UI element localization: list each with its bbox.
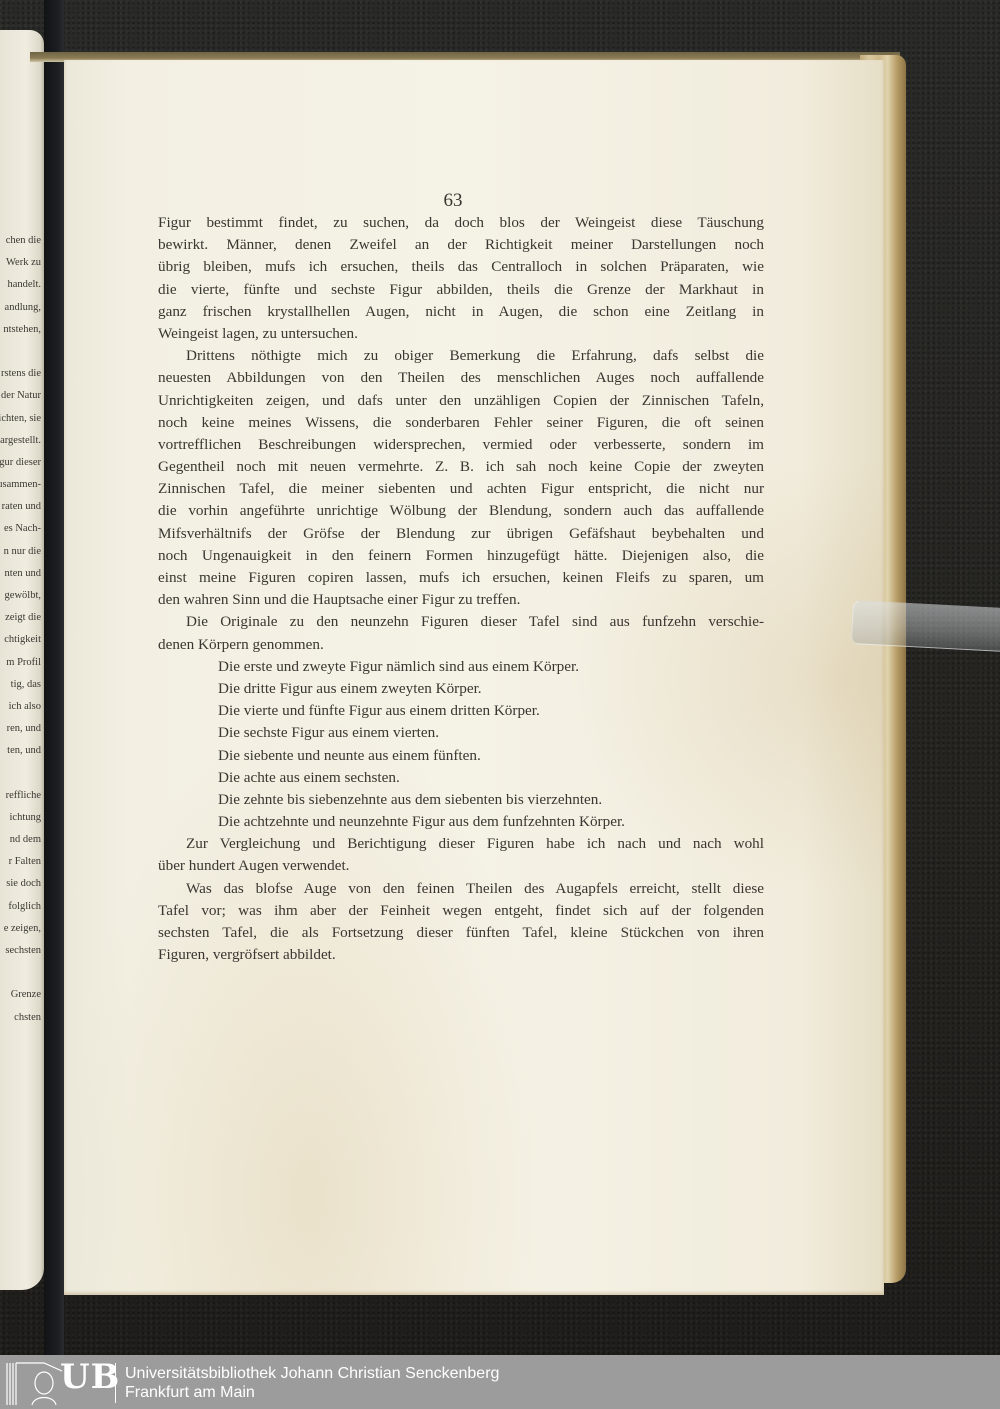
left-page-line: ren, und <box>0 718 41 740</box>
text-line: Figur bestimmt findet, zu suchen, da doc… <box>158 212 764 234</box>
left-page-line: zeigt die <box>0 607 41 629</box>
left-page-line: dargestellt. <box>0 430 41 452</box>
left-page-line: tig, das <box>0 674 41 696</box>
left-page-line: e zeigen, <box>0 918 41 940</box>
text-line: sechsten Tafel, die als Fortsetzung dies… <box>158 922 764 944</box>
text-line: Figuren, vergröfsert abbildet. <box>158 944 764 966</box>
text-line: Zur Vergleichung und Berichtigung dieser… <box>158 833 764 855</box>
logo-ub-text: UB <box>60 1357 120 1397</box>
text-line: noch Ungenauigkeit in den feinern Formen… <box>158 545 764 567</box>
text-line: neuesten Abbildungen von den Theilen des… <box>158 367 764 389</box>
left-page-line: raten und <box>0 496 41 518</box>
left-page-line: ten, und <box>0 740 41 762</box>
text-line: einst meine Figuren copiren lassen, mufs… <box>158 567 764 589</box>
list-item: Die sechste Figur aus einem vierten. <box>158 722 764 744</box>
left-page-text-fragments: chen dieWerk zuhandelt.andlung,ntstehen,… <box>0 230 41 1029</box>
left-page: chen dieWerk zuhandelt.andlung,ntstehen,… <box>0 30 44 1290</box>
left-page-line: nd dem <box>0 829 41 851</box>
left-page-line: folglich <box>0 896 41 918</box>
list-item: Die achtzehnte und neunzehnte Figur aus … <box>158 811 764 833</box>
list-item: Die zehnte bis siebenzehnte aus dem sieb… <box>158 789 764 811</box>
text-line: Tafel vor; was ihm aber der Feinheit weg… <box>158 900 764 922</box>
left-page-line: ichten, sie <box>0 408 41 430</box>
paragraph: Die Originale zu den neunzehn Figuren di… <box>158 611 764 655</box>
left-page-line: igur dieser <box>0 452 41 474</box>
left-page-line: n nur die <box>0 541 41 563</box>
paragraph: Was das blofse Auge von den feinen Theil… <box>158 878 764 967</box>
paragraph: Zur Vergleichung und Berichtigung dieser… <box>158 833 764 877</box>
text-line: den wahren Sinn und die Hauptsache einer… <box>158 589 764 611</box>
left-page-line: ich also <box>0 696 41 718</box>
list-item: Die vierte und fünfte Figur aus einem dr… <box>158 700 764 722</box>
left-page-line: m Profil <box>0 652 41 674</box>
list-item: Die siebente und neunte aus einem fünfte… <box>158 745 764 767</box>
left-page-line: chtigkeit <box>0 629 41 651</box>
left-page-line: chsten <box>0 1007 41 1029</box>
left-page-line: reffliche <box>0 785 41 807</box>
left-page-line <box>0 341 41 363</box>
left-page-line: andlung, <box>0 297 41 319</box>
text-line: Die Originale zu den neunzehn Figuren di… <box>158 611 764 633</box>
text-line: Drittens nöthigte mich zu obiger Bemerku… <box>158 345 764 367</box>
left-page-line: sechsten <box>0 940 41 962</box>
left-page-line: chen die <box>0 230 41 252</box>
text-line: die vorhin angeführte unrichtige Wölbung… <box>158 500 764 522</box>
text-line: vortrefflichen Beschreibungen widersprec… <box>158 434 764 456</box>
text-line: denen Körpern genommen. <box>158 634 764 656</box>
left-page-line <box>0 763 41 785</box>
left-page-line: r Falten <box>0 851 41 873</box>
text-line: noch keine meines Wissens, die sonderbar… <box>158 412 764 434</box>
list-item: Die dritte Figur aus einem zweyten Körpe… <box>158 678 764 700</box>
left-page-line: sie doch <box>0 873 41 895</box>
page-text: Figur bestimmt findet, zu suchen, da doc… <box>158 190 764 966</box>
text-line: über hundert Augen verwendet. <box>158 855 764 877</box>
body-paragraphs: Figur bestimmt findet, zu suchen, da doc… <box>158 212 764 656</box>
closing-paragraphs: Zur Vergleichung und Berichtigung dieser… <box>158 833 764 966</box>
book-gutter <box>44 0 64 1355</box>
figure-source-list: Die erste und zweyte Figur nämlich sind … <box>158 656 764 834</box>
text-line: Was das blofse Auge von den feinen Theil… <box>158 878 764 900</box>
institution-city: Frankfurt am Main <box>125 1384 255 1402</box>
left-page-line: nten und <box>0 563 41 585</box>
left-page-line: ichtung <box>0 807 41 829</box>
left-page-line: handelt. <box>0 274 41 296</box>
institution-name: Universitätsbibliothek Johann Christian … <box>125 1365 499 1383</box>
left-page-line: ntstehen, <box>0 319 41 341</box>
list-item: Die achte aus einem sechsten. <box>158 767 764 789</box>
bookmark-strip <box>851 600 1000 653</box>
text-line: übrig bleiben, mufs ich ersuchen, theils… <box>158 256 764 278</box>
text-line: Unrichtigkeiten zeigen, und dafs unter d… <box>158 390 764 412</box>
left-page-line: gewölbt, <box>0 585 41 607</box>
left-page-line: rstens die <box>0 363 41 385</box>
left-page-line: es Nach- <box>0 518 41 540</box>
text-line: bewirkt. Männer, denen Zweifel an der Ri… <box>158 234 764 256</box>
text-line: Weingeist lagen, zu untersuchen. <box>158 323 764 345</box>
text-line: Gegentheil noch mit neuen vermehrte. Z. … <box>158 456 764 478</box>
paragraph: Figur bestimmt findet, zu suchen, da doc… <box>158 212 764 345</box>
footer-bar: UB Universitätsbibliothek Johann Christi… <box>0 1355 1000 1409</box>
logo-divider <box>115 1363 116 1403</box>
text-line: ganz frischen krystallhellen Augen, nich… <box>158 301 764 323</box>
left-page-line: Werk zu <box>0 252 41 274</box>
left-page-line: usammen- <box>0 474 41 496</box>
left-page-line: der Natur <box>0 385 41 407</box>
list-item: Die erste und zweyte Figur nämlich sind … <box>158 656 764 678</box>
text-line: Zinnischen Tafel, die meiner siebenten u… <box>158 478 764 500</box>
left-page-line: Grenze <box>0 984 41 1006</box>
paragraph: Drittens nöthigte mich zu obiger Bemerku… <box>158 345 764 611</box>
left-page-line <box>0 962 41 984</box>
text-line: Mifsverhältnifs der Gröfse der Blendung … <box>158 523 764 545</box>
text-line: die vierte, fünfte und sechste Figur abb… <box>158 279 764 301</box>
